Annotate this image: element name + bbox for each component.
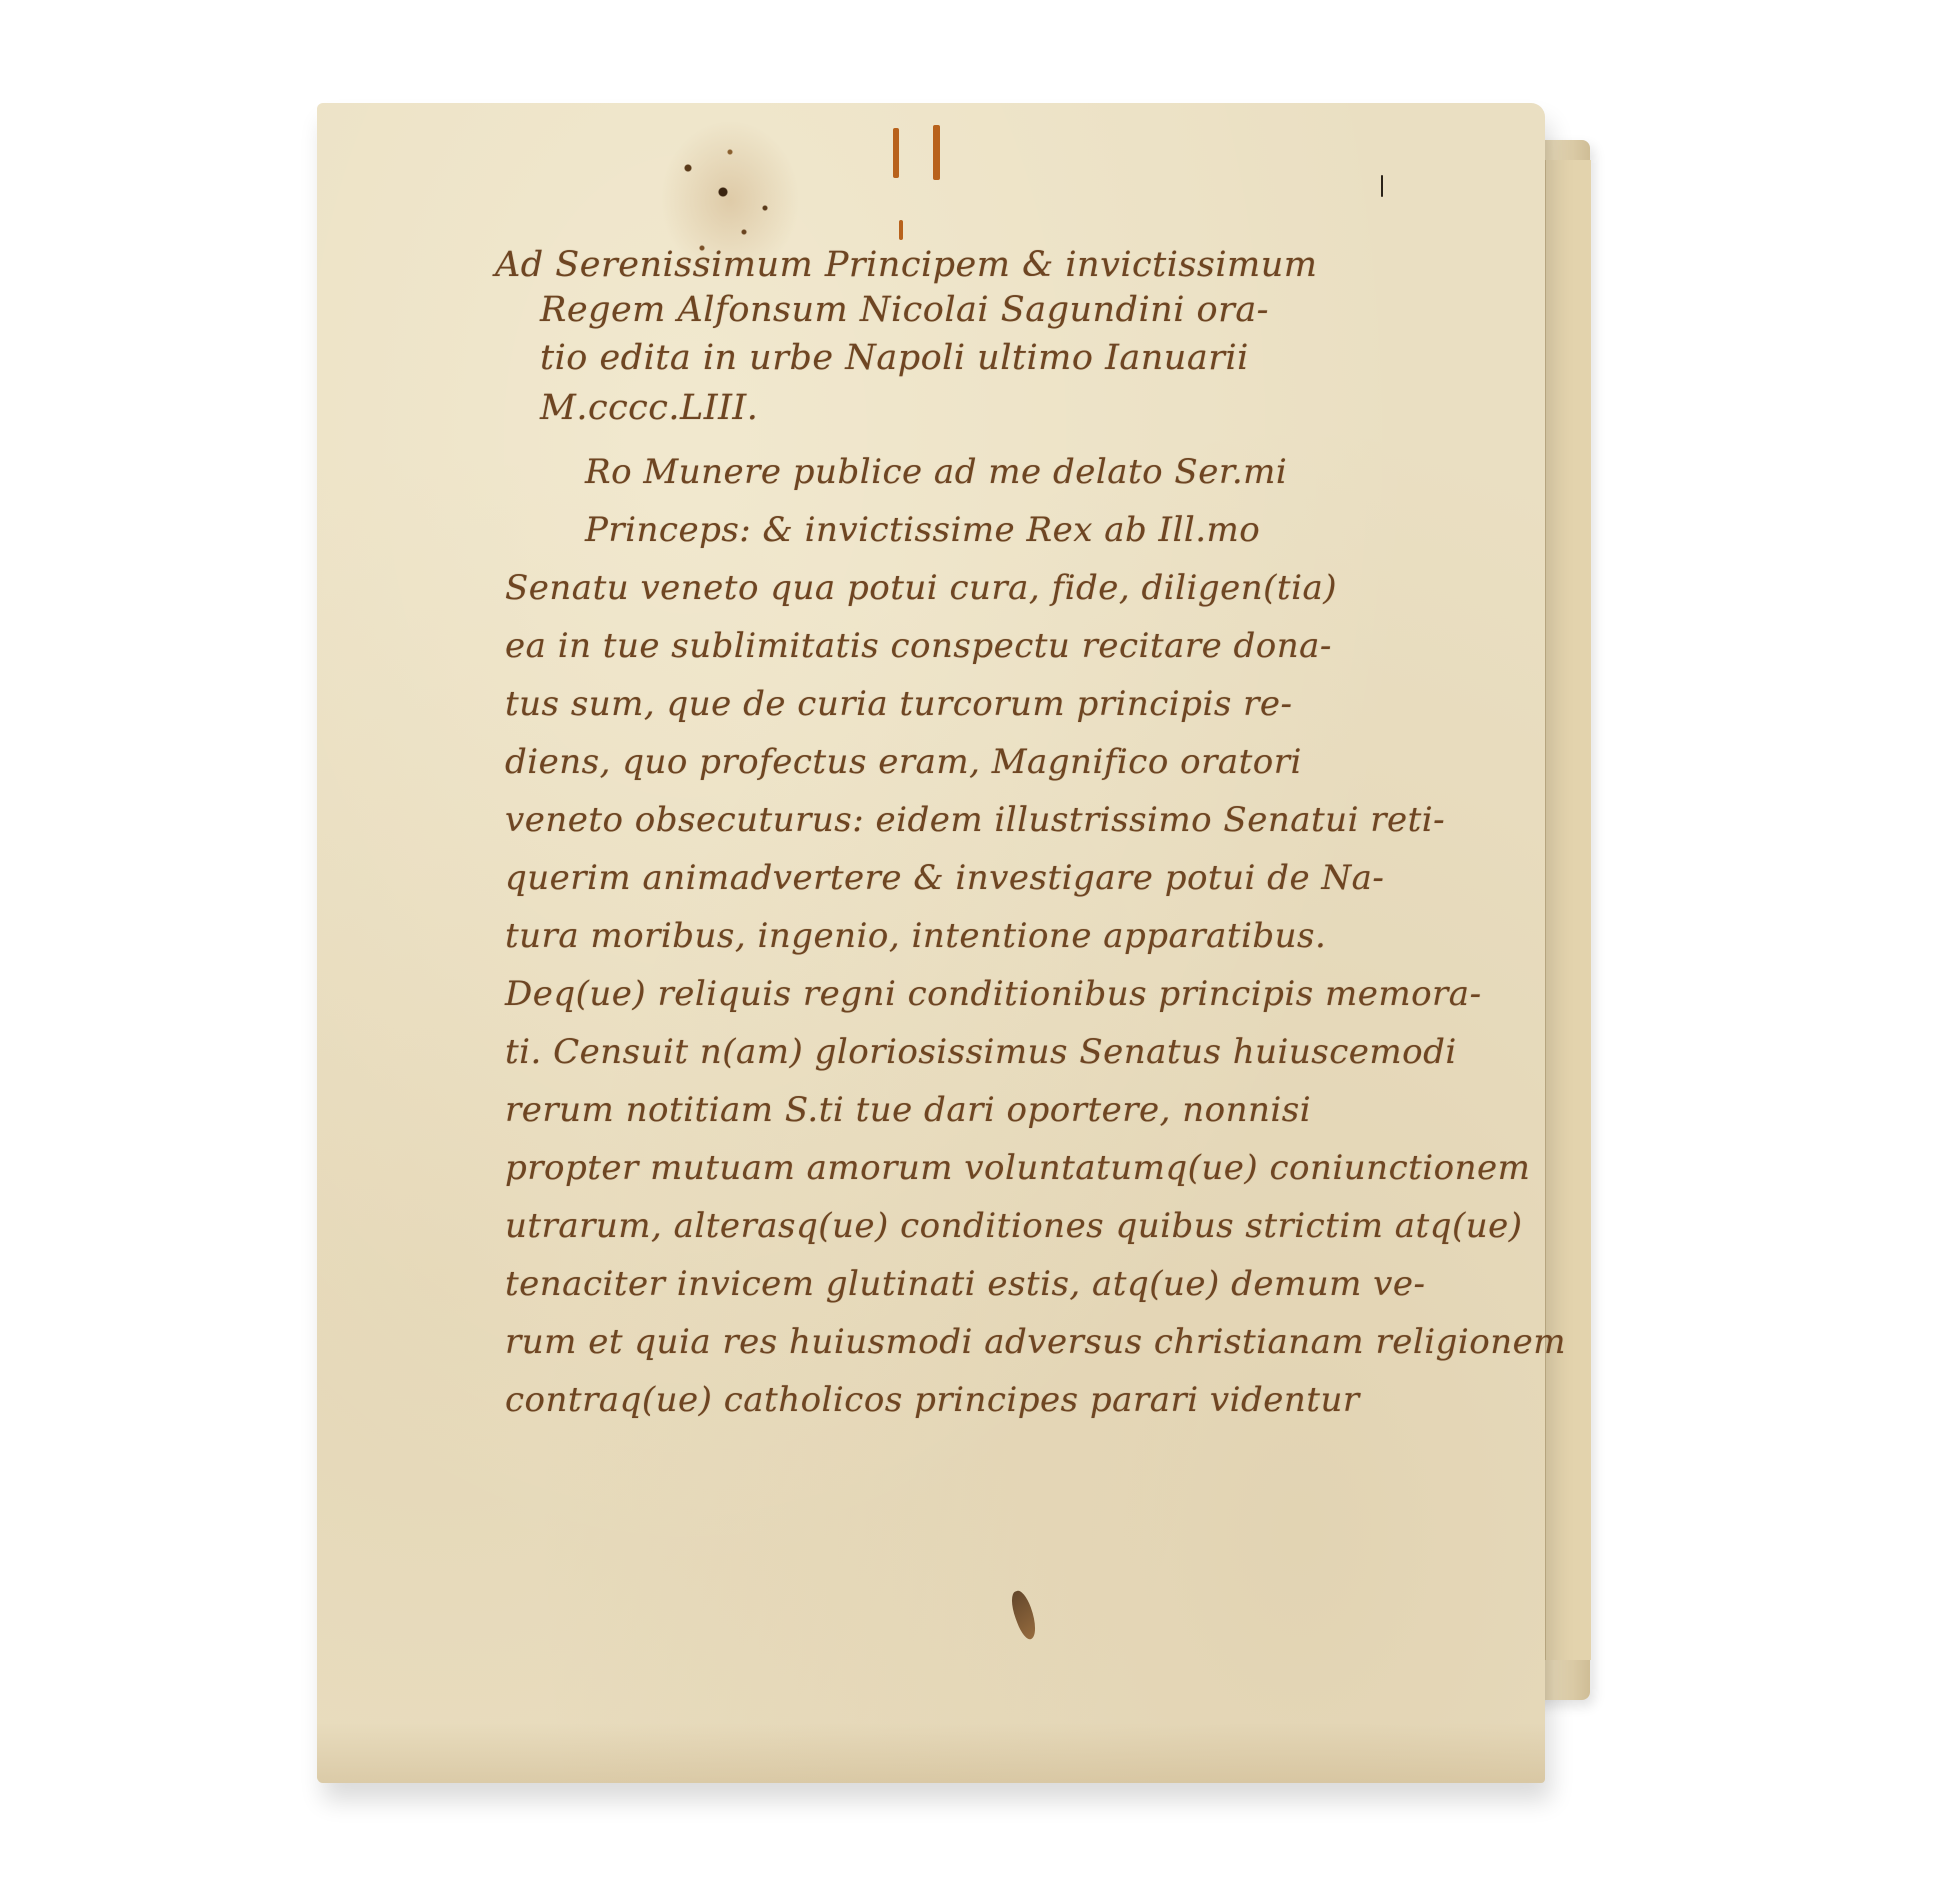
top-mark-small <box>899 220 903 240</box>
heading-line: Ad Serenissimum Principem & invictissimu… <box>495 245 1317 285</box>
heading-line: M.cccc.LIII. <box>540 388 758 428</box>
body-line: rerum notitiam S.ti tue dari oportere, n… <box>505 1090 1311 1130</box>
body-line: utrarum, alterasq(ue) conditiones quibus… <box>505 1206 1523 1246</box>
body-line: diens, quo profectus eram, Magnifico ora… <box>505 742 1302 782</box>
body-line: Deq(ue) reliquis regni conditionibus pri… <box>505 974 1482 1014</box>
body-line: tenaciter invicem glutinati estis, atq(u… <box>505 1264 1425 1304</box>
body-line: Ro Munere publice ad me delato Ser.mi <box>585 452 1287 492</box>
top-mark-right <box>933 125 940 180</box>
body-line: querim animadvertere & investigare potui… <box>505 858 1384 898</box>
body-line: tura moribus, ingenio, intentione appara… <box>505 916 1326 956</box>
body-line: ea in tue sublimitatis conspectu recitar… <box>505 626 1332 666</box>
body-line: Princeps: & invictissime Rex ab Ill.mo <box>585 510 1260 550</box>
body-line: ti. Censuit n(am) gloriosissimus Senatus… <box>505 1032 1457 1072</box>
heading-line: tio edita in urbe Napoli ultimo Ianuarii <box>540 338 1249 378</box>
body-line: veneto obsecuturus: eidem illustrissimo … <box>505 800 1445 840</box>
body-line: contraq(ue) catholicos principes parari … <box>505 1380 1360 1420</box>
body-line: tus sum, que de curia turcorum principis… <box>505 684 1292 724</box>
top-mark-left <box>893 128 899 178</box>
top-right-ink-stroke <box>1381 175 1383 197</box>
heading-line: Regem Alfonsum Nicolai Sagundini ora- <box>540 290 1269 330</box>
body-line: propter mutuam amorum voluntatumq(ue) co… <box>505 1148 1530 1188</box>
underlying-sheet-edge-inner <box>1545 160 1591 1660</box>
body-line: rum et quia res huiusmodi adversus chris… <box>505 1322 1566 1362</box>
body-line: Senatu veneto qua potui cura, fide, dili… <box>505 568 1337 608</box>
